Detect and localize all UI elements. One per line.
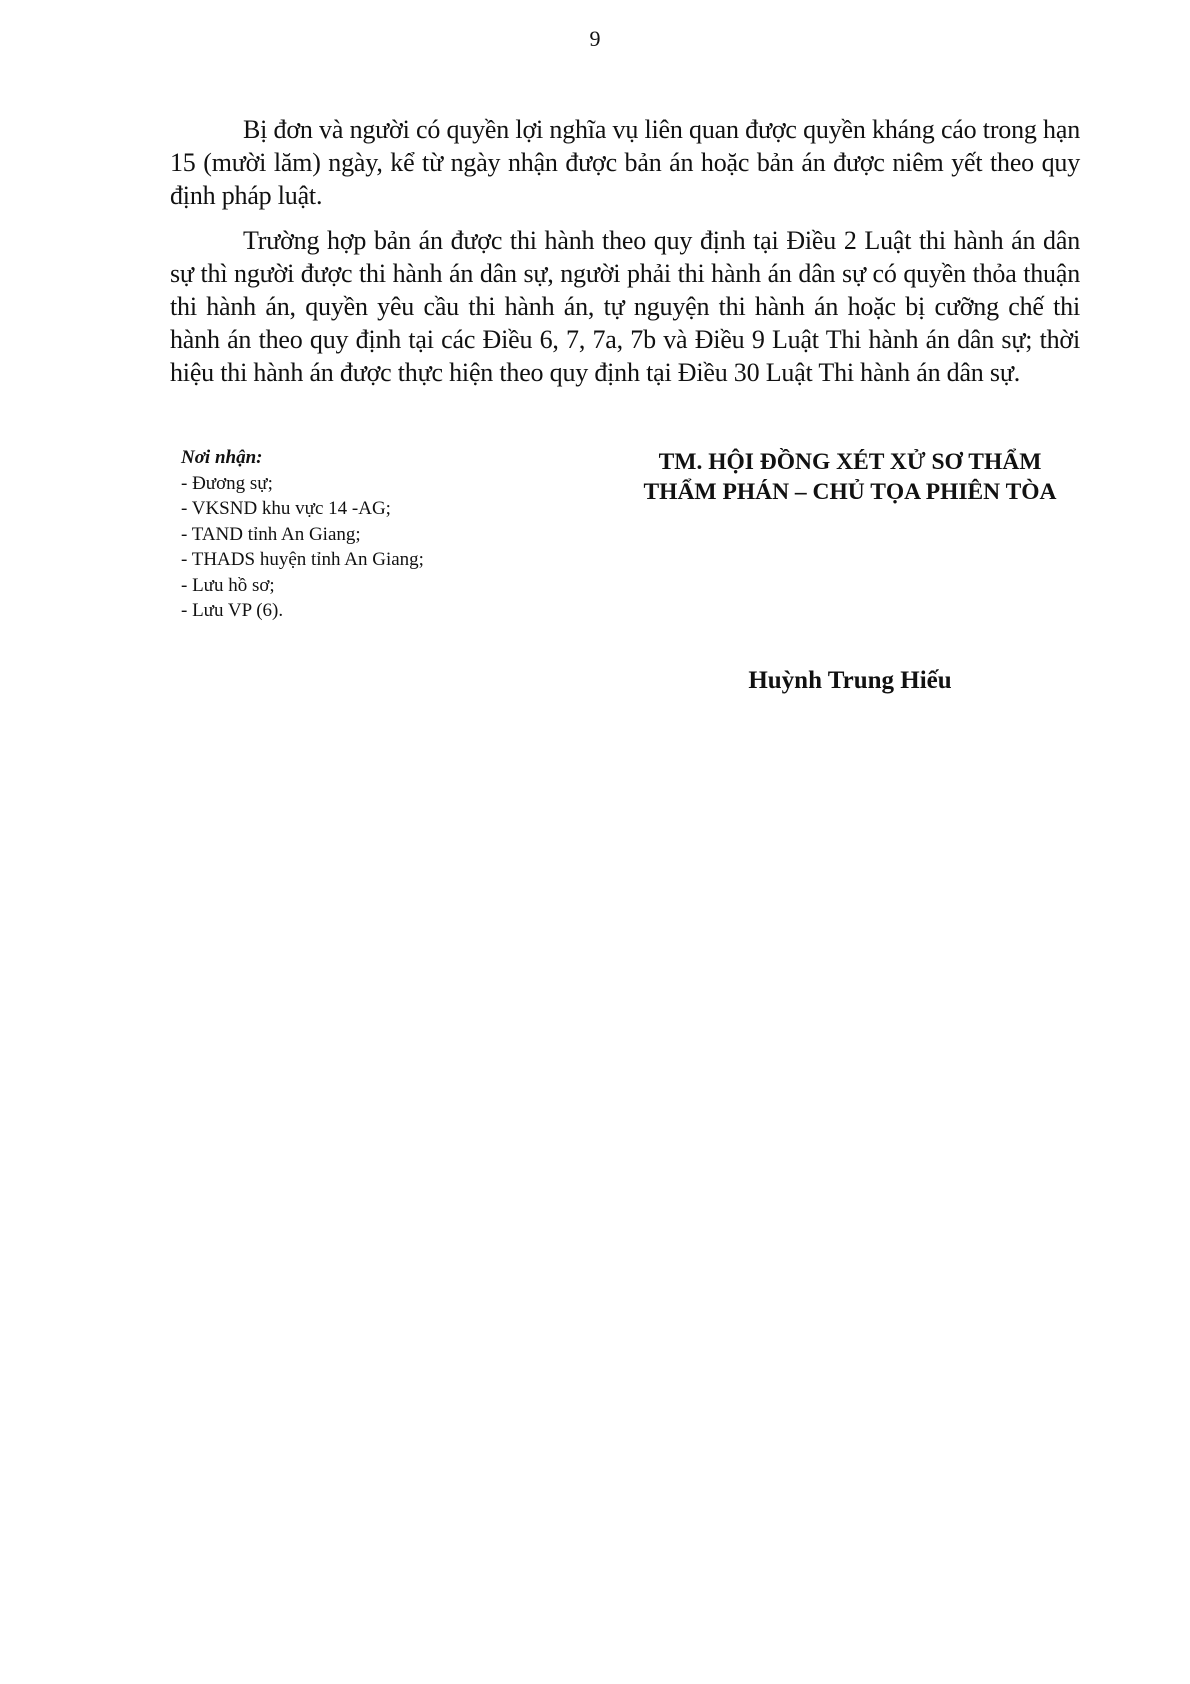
signature-block: TM. HỘI ĐỒNG XÉT XỬ SƠ THẨM THẨM PHÁN – … [610, 447, 1090, 507]
recipient-item: THADS huyện tỉnh An Giang; [181, 547, 424, 573]
recipient-item: Lưu VP (6). [181, 598, 424, 624]
enforcement-paragraph: Trường hợp bản án được thi hành theo quy… [170, 224, 1080, 389]
signature-title-line1: TM. HỘI ĐỒNG XÉT XỬ SƠ THẨM [610, 447, 1090, 477]
signer-name: Huỳnh Trung Hiếu [640, 667, 1060, 695]
recipients-block: Nơi nhận: Đương sự; VKSND khu vực 14 -AG… [181, 445, 424, 624]
recipient-item: VKSND khu vực 14 -AG; [181, 496, 424, 522]
signature-title-line2: THẨM PHÁN – CHỦ TỌA PHIÊN TÒA [610, 477, 1090, 507]
recipients-title: Nơi nhận: [181, 445, 424, 471]
document-body: Bị đơn và người có quyền lợi nghĩa vụ li… [170, 113, 1080, 401]
recipient-item: TAND tỉnh An Giang; [181, 522, 424, 548]
appeal-paragraph: Bị đơn và người có quyền lợi nghĩa vụ li… [170, 113, 1080, 212]
recipient-item: Đương sự; [181, 471, 424, 497]
recipient-item: Lưu hồ sơ; [181, 573, 424, 599]
recipients-list: Đương sự; VKSND khu vực 14 -AG; TAND tỉn… [181, 471, 424, 624]
page-number: 9 [0, 26, 1190, 52]
